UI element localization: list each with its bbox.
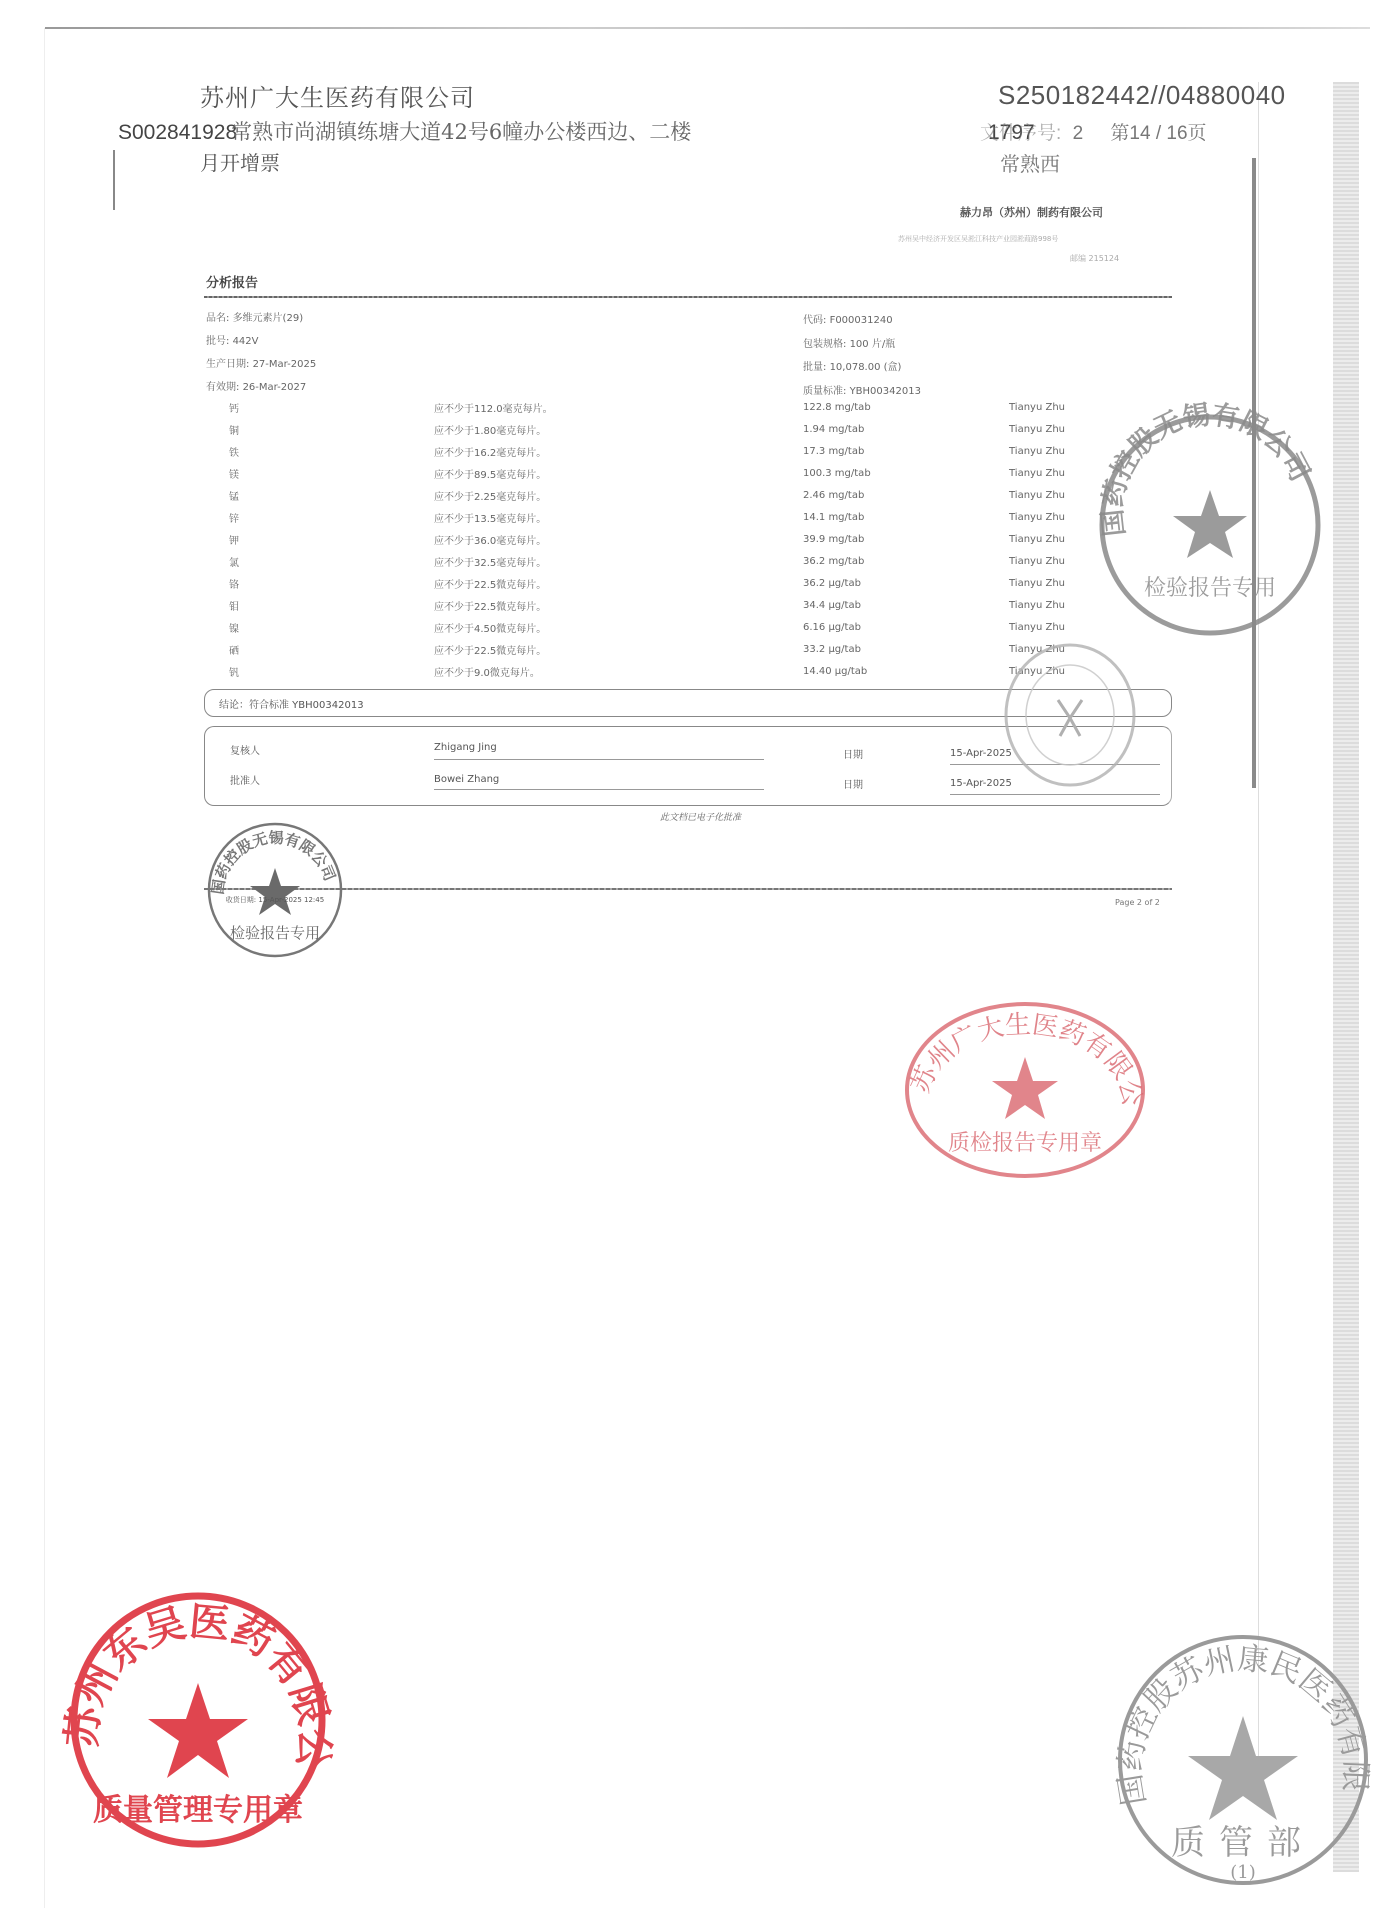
meta-label: 生产日期: xyxy=(206,359,249,370)
wuxi-inspection-seal-left: 国药控股无锡有限公司 收货日期: 15-Apr-2025 12:45 检验报告专… xyxy=(205,820,345,960)
invoice-type: 月开增票 xyxy=(200,147,280,176)
test-spec: 应不少于4.50微克每片。 xyxy=(434,620,546,635)
test-result: 1.94 mg/tab xyxy=(803,424,864,435)
wuxi-seal-right-inner-text: 检验报告专用 xyxy=(1144,576,1276,601)
test-result: 2.46 mg/tab xyxy=(803,490,864,501)
test-spec: 应不少于32.5毫克每片。 xyxy=(434,554,546,569)
test-result: 17.3 mg/tab xyxy=(803,446,864,457)
meta-value: 多维元素片(29) xyxy=(233,313,304,324)
test-element: 钼 xyxy=(229,598,239,613)
scan-right-edge xyxy=(1258,82,1259,1782)
test-element: 钙 xyxy=(229,400,239,415)
star-icon xyxy=(250,868,300,915)
report-title: 分析报告 xyxy=(206,272,258,291)
meta-label: 批量: xyxy=(803,362,826,373)
star-icon xyxy=(1188,1716,1298,1820)
kangmin-seal-sub-text: (1) xyxy=(1230,1862,1256,1883)
test-result: 14.1 mg/tab xyxy=(803,512,864,523)
reviewer-label: 复核人 xyxy=(230,742,260,757)
test-tester: Tianyu Zhu xyxy=(1009,534,1065,545)
guangdasheng-qc-seal: 苏州广大生医药有限公司 质检报告专用章 xyxy=(900,995,1150,1185)
test-element: 镁 xyxy=(229,466,239,481)
kangmin-qc-seal: 国药控股苏州康民医药有限公司 质管部 (1) xyxy=(1108,1628,1378,1888)
test-result: 34.4 μg/tab xyxy=(803,600,861,611)
meta-value: 26-Mar-2027 xyxy=(243,382,307,393)
test-spec: 应不少于2.25毫克每片。 xyxy=(434,488,546,503)
meta-value: 27-Mar-2025 xyxy=(253,359,317,370)
test-tester: Tianyu Zhu xyxy=(1009,468,1065,479)
approve-date-label: 日期 xyxy=(843,776,863,791)
test-element: 铬 xyxy=(229,576,239,591)
test-result: 36.2 μg/tab xyxy=(803,578,861,589)
manufacturer-zip: 邮编 215124 xyxy=(1070,253,1119,264)
test-tester: Tianyu Zhu xyxy=(1009,622,1065,633)
customer-code: S002841928 xyxy=(118,121,237,144)
test-element: 氯 xyxy=(229,554,239,569)
electronic-approval-note: 此文档已电子化批准 xyxy=(660,810,741,823)
meta-value: F000031240 xyxy=(830,315,893,326)
test-tester: Tianyu Zhu xyxy=(1009,512,1065,523)
star-icon xyxy=(1173,490,1247,558)
test-element: 铜 xyxy=(229,422,239,437)
meta-label: 代码: xyxy=(803,315,826,326)
page-of: 第14 / 16页 xyxy=(1110,123,1206,144)
test-spec: 应不少于13.5毫克每片。 xyxy=(434,510,546,525)
meta-left-2: 生产日期: 27-Mar-2025 xyxy=(206,355,316,370)
title-divider xyxy=(204,296,1172,298)
test-tester: Tianyu Zhu xyxy=(1009,556,1065,567)
reviewer-name: Zhigang Jing xyxy=(434,742,497,753)
approver-label: 批准人 xyxy=(230,772,260,787)
scan-right-shadow-band xyxy=(1333,82,1359,1872)
approve-date-line xyxy=(950,794,1160,795)
page-label: Page 2 of 2 xyxy=(1115,898,1160,907)
test-element: 镍 xyxy=(229,620,239,635)
distributor-company-name: 苏州广大生医药有限公司 xyxy=(200,78,475,113)
approver-signature-line xyxy=(434,789,764,790)
meta-label: 品名: xyxy=(206,313,229,324)
test-result: 100.3 mg/tab xyxy=(803,468,871,479)
test-element: 钾 xyxy=(229,532,239,547)
test-element: 钒 xyxy=(229,664,239,679)
test-spec: 应不少于22.5微克每片。 xyxy=(434,576,546,591)
reviewer-signature-line xyxy=(434,759,764,760)
distributor-address-line: S002841928常熟市尚湖镇练塘大道42号6幢办公楼西边、二楼 xyxy=(118,116,691,146)
test-tester: Tianyu Zhu xyxy=(1009,446,1065,457)
file-number-label: 文件序号: xyxy=(980,123,1061,144)
meta-label: 包装规格: xyxy=(803,339,846,350)
scan-left-dark-line xyxy=(113,150,115,210)
wuxi-inspection-seal-right: 国药控股无锡有限公司 检验报告专用 xyxy=(1095,410,1325,640)
scan-left-edge xyxy=(44,28,45,1908)
meta-label: 有效期: xyxy=(206,382,239,393)
test-tester: Tianyu Zhu xyxy=(1009,600,1065,611)
meta-left-0: 品名: 多维元素片(29) xyxy=(206,309,303,324)
test-tester: Tianyu Zhu xyxy=(1009,424,1065,435)
test-tester: Tianyu Zhu xyxy=(1009,578,1065,589)
kangmin-seal-inner-text: 质管部 xyxy=(1171,1823,1315,1863)
test-element: 硒 xyxy=(229,642,239,657)
test-result: 6.16 μg/tab xyxy=(803,622,861,633)
city-label: 常熟西 xyxy=(1000,148,1060,177)
test-spec: 应不少于16.2毫克每片。 xyxy=(434,444,546,459)
meta-value: YBH00342013 xyxy=(850,386,921,397)
meta-left-1: 批号: 442V xyxy=(206,332,259,347)
dongwu-seal-inner-text: 质量管理专用章 xyxy=(93,1793,303,1828)
conclusion-text: 结论：符合标准 YBH00342013 xyxy=(219,696,364,711)
manufacturer-address: 苏州吴中经济开发区吴淞江科技产业园淞葭路998号 xyxy=(898,234,1058,244)
scan-top-edge xyxy=(45,27,1370,29)
test-spec: 应不少于1.80毫克每片。 xyxy=(434,422,546,437)
test-spec: 应不少于36.0毫克每片。 xyxy=(434,532,546,547)
meta-value: 100 片/瓶 xyxy=(850,339,896,350)
file-number-line: 1797 文件序号: 2 第14 / 16页 xyxy=(988,118,1207,145)
footer-divider xyxy=(204,888,1172,890)
test-spec: 应不少于9.0微克每片。 xyxy=(434,664,540,679)
meta-right-0: 代码: F000031240 xyxy=(803,311,893,326)
test-result: 14.40 μg/tab xyxy=(803,666,867,677)
test-result: 122.8 mg/tab xyxy=(803,402,871,413)
dongwu-quality-seal: 苏州东吴医药有限公司 质量管理专用章 xyxy=(62,1588,332,1848)
meta-right-3: 质量标准: YBH00342013 xyxy=(803,382,921,397)
test-spec: 应不少于22.5微克每片。 xyxy=(434,642,546,657)
star-icon xyxy=(992,1057,1058,1119)
meta-left-3: 有效期: 26-Mar-2027 xyxy=(206,378,306,393)
test-element: 锰 xyxy=(229,488,239,503)
test-tester: Tianyu Zhu xyxy=(1009,402,1065,413)
test-result: 33.2 μg/tab xyxy=(803,644,861,655)
test-spec: 应不少于22.5微克每片。 xyxy=(434,598,546,613)
manufacturer-name: 赫力昂（苏州）制药有限公司 xyxy=(960,204,1103,220)
meta-label: 批号: xyxy=(206,336,229,347)
test-element: 铁 xyxy=(229,444,239,459)
review-date-label: 日期 xyxy=(843,746,863,761)
wuxi-seal-left-inner-text: 检验报告专用 xyxy=(230,924,320,942)
wuxi-seal-left-date-strip: 收货日期: 15-Apr-2025 12:45 xyxy=(226,895,324,904)
guangdasheng-seal-inner-text: 质检报告专用章 xyxy=(948,1131,1102,1156)
star-icon xyxy=(148,1683,248,1778)
document-number: S250182442//04880040 xyxy=(998,80,1286,111)
test-element: 锌 xyxy=(229,510,239,525)
test-spec: 应不少于112.0毫克每片。 xyxy=(434,400,553,415)
meta-right-2: 批量: 10,078.00 (盒) xyxy=(803,358,901,373)
file-number-value: 2 xyxy=(1073,123,1084,144)
test-result: 36.2 mg/tab xyxy=(803,556,864,567)
meta-right-1: 包装规格: 100 片/瓶 xyxy=(803,335,895,350)
test-tester: Tianyu Zhu xyxy=(1009,490,1065,501)
test-spec: 应不少于89.5毫克每片。 xyxy=(434,466,546,481)
meta-label: 质量标准: xyxy=(803,386,846,397)
approver-name: Bowei Zhang xyxy=(434,774,499,785)
manufacturer-release-seal xyxy=(1000,640,1140,790)
meta-value: 442V xyxy=(233,336,259,347)
meta-value: 10,078.00 (盒) xyxy=(830,362,902,373)
test-result: 39.9 mg/tab xyxy=(803,534,864,545)
distributor-address: 常熟市尚湖镇练塘大道42号6幢办公楼西边、二楼 xyxy=(231,120,691,144)
